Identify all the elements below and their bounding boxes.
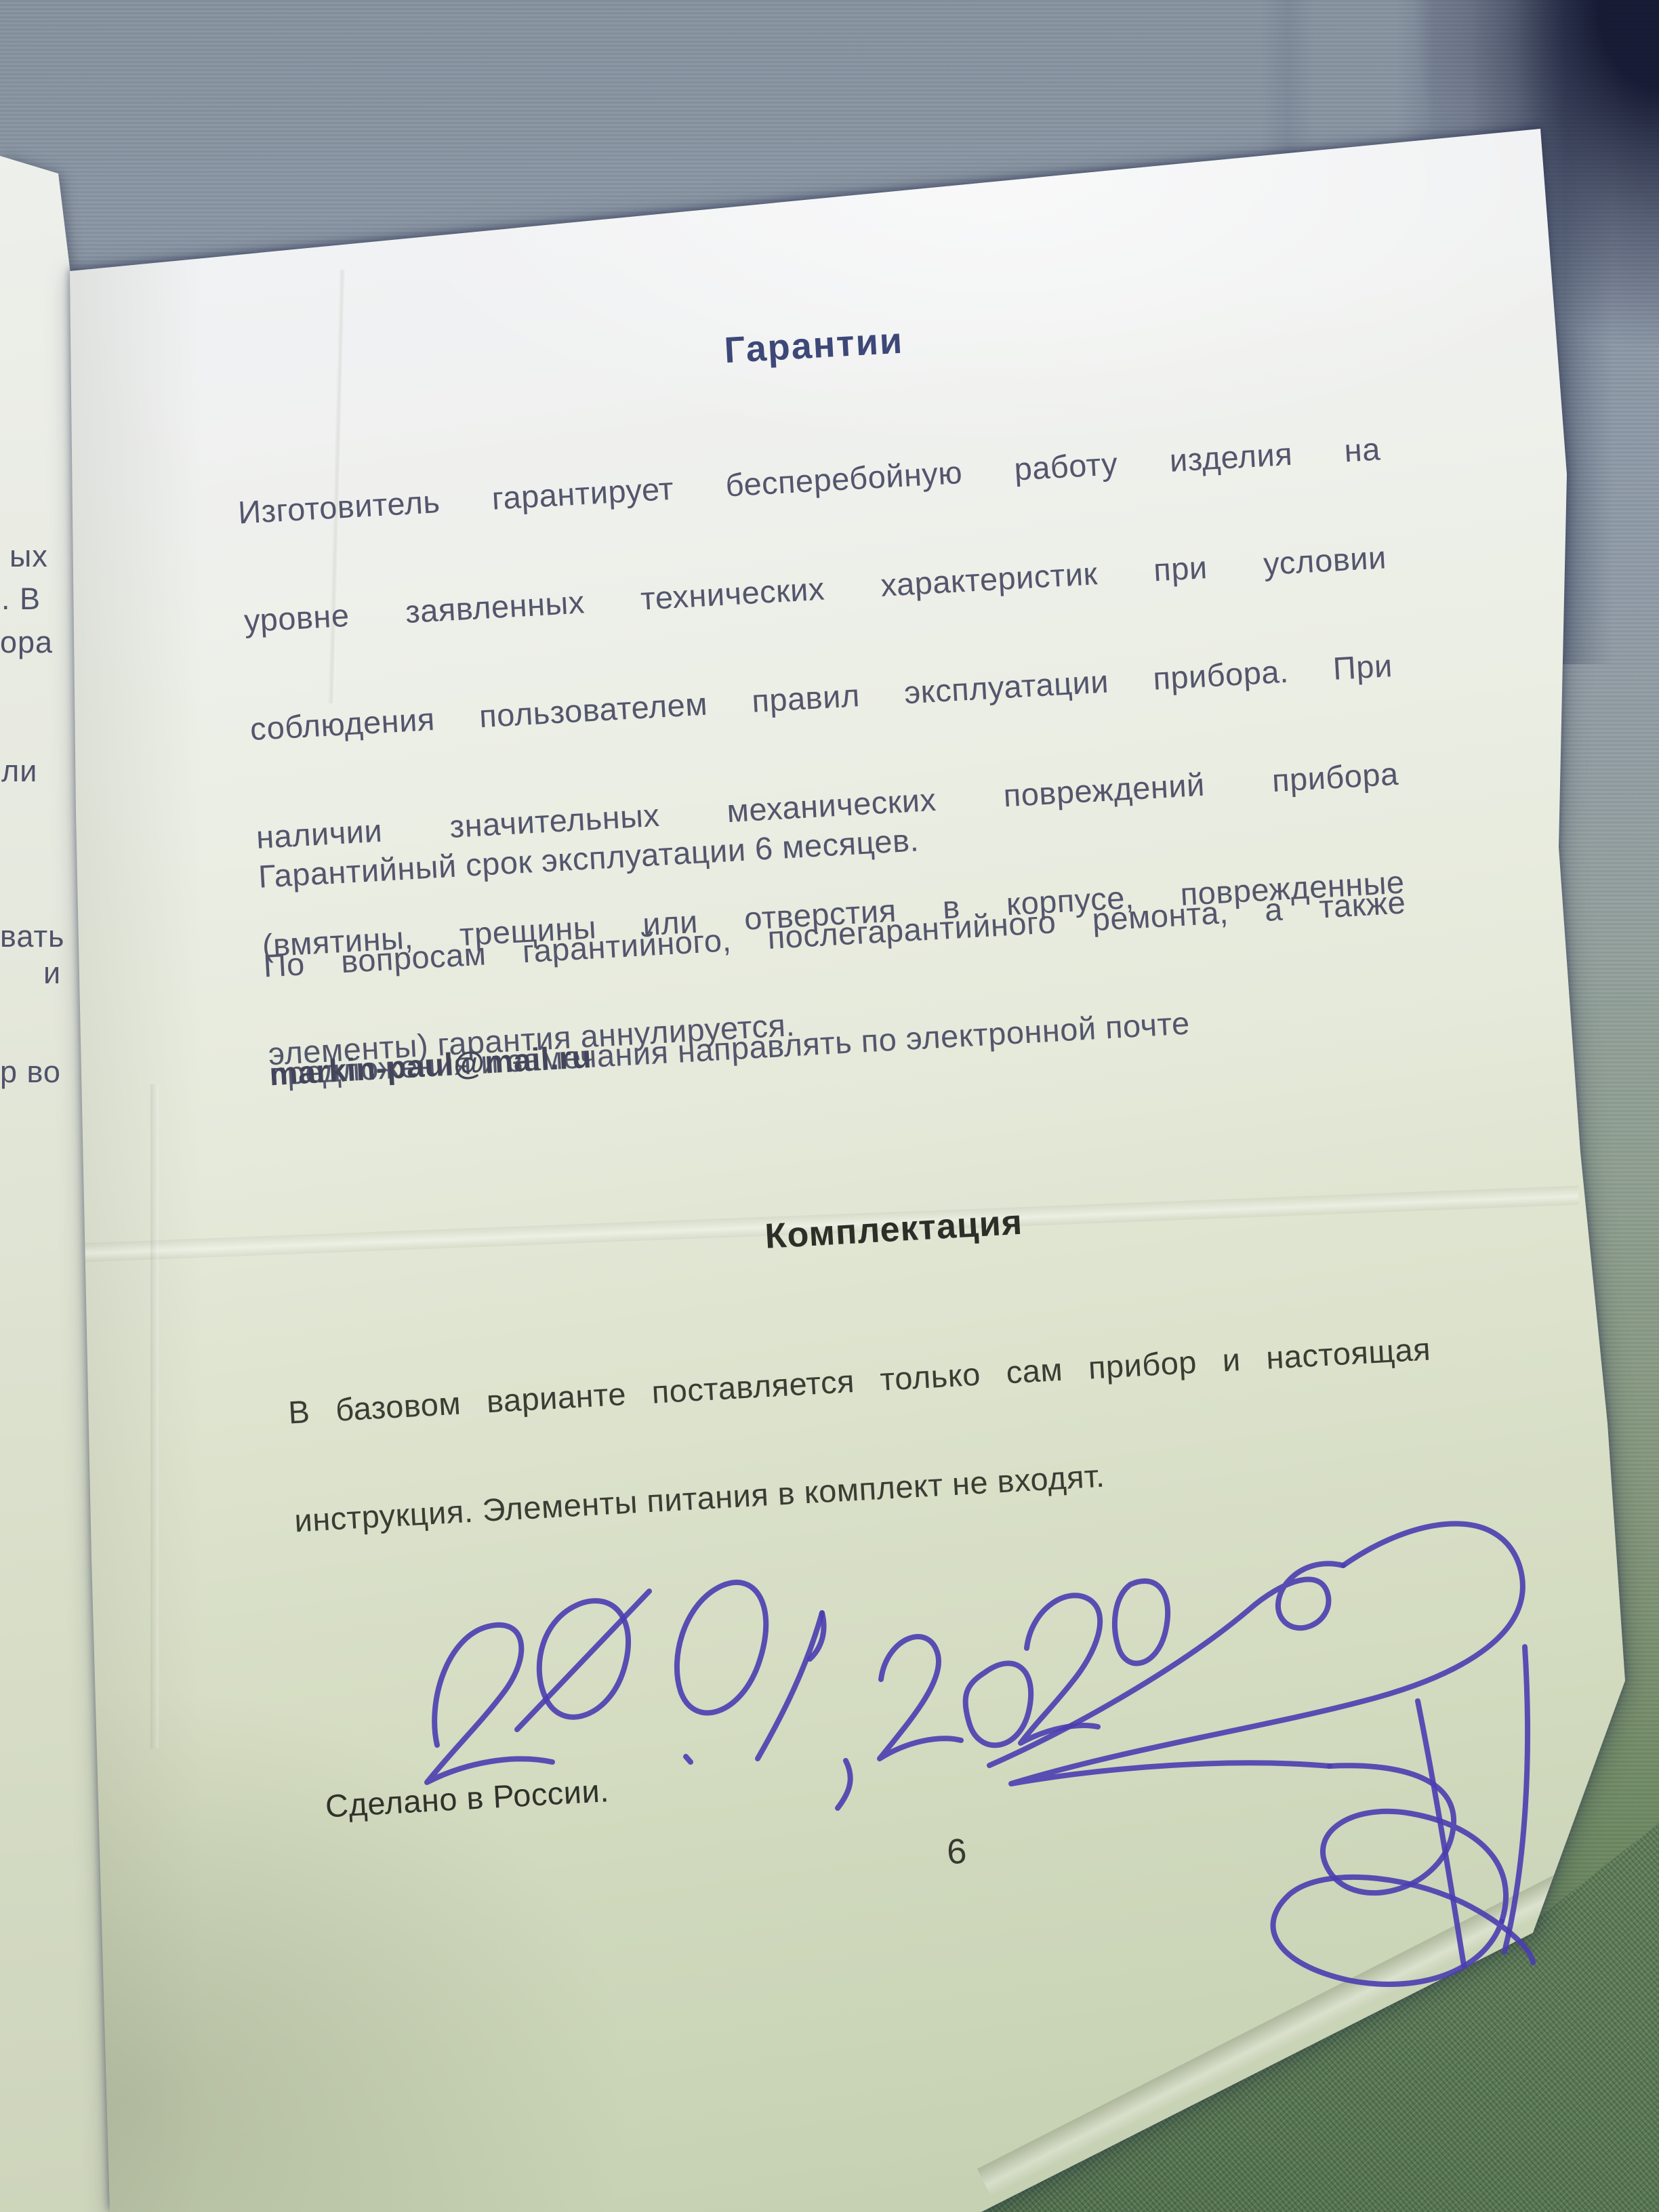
handwritten-date-and-signature — [380, 1477, 1572, 2020]
photo-of-warranty-page: ых . В ора ли вать и р во Гарантии Изгот… — [0, 0, 1659, 2212]
section-title-warranty: Гарантии — [75, 283, 1553, 408]
section-title-package: Комплектация — [125, 1170, 1602, 1293]
